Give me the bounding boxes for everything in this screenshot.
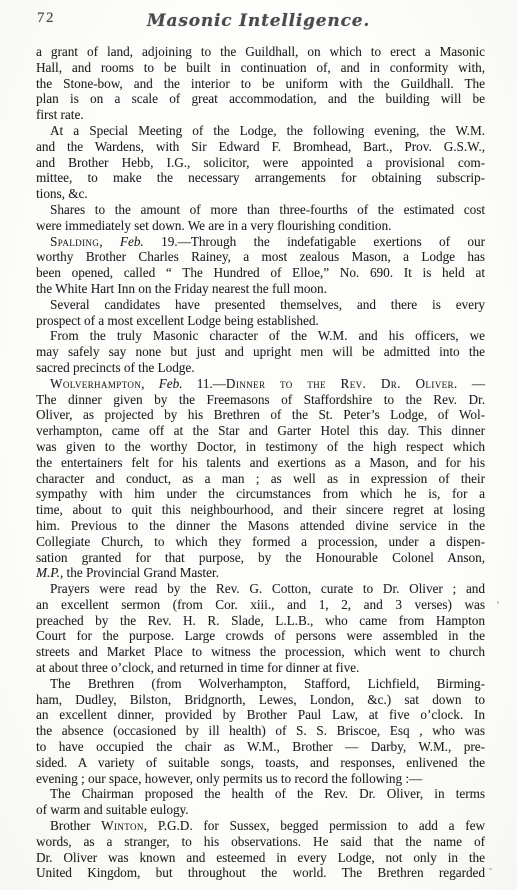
text-line: were immediately set down. We are in a v… (36, 218, 485, 234)
text-run: of warm and suitable eulogy. (36, 802, 189, 817)
text-run: to have occupied the chair as W.M., Brot… (36, 739, 485, 754)
text-run: At a Special Meeting of the Lodge, the f… (50, 123, 485, 138)
text-line: prospect of a most excellent Lodge being… (36, 313, 485, 329)
text-run: Several candidates have presented themse… (50, 297, 485, 312)
text-line: Prayers were read by the Rev. G. Cotton,… (36, 581, 485, 597)
text-line: sacred precincts of the Lodge. (36, 360, 485, 376)
text-line: to have occupied the chair as W.M., Brot… (36, 739, 485, 755)
text-run: plan is on a scale of great accommodatio… (36, 91, 485, 106)
text-line: At a Special Meeting of the Lodge, the f… (36, 123, 485, 139)
text-line: Shares to the amount of more than three-… (36, 202, 485, 218)
text-run: Prayers were read by the Rev. G. Cotton,… (50, 581, 485, 596)
text-run: at about three o’clock, and returned in … (36, 660, 359, 675)
text-run: him. Previous to the dinner the Masons a… (36, 518, 485, 533)
text-line: first rate. (36, 107, 485, 123)
text-line: character and conduct, as a man ; as wel… (36, 471, 485, 487)
text-run: Collegiate Church, to which they formed … (36, 534, 485, 549)
text-line: worthy Brother Charles Rainey, a most ze… (36, 249, 485, 265)
text-line: may safely say none but just and upright… (36, 344, 485, 360)
text-run: were immediately set down. We are in a v… (36, 218, 391, 233)
text-line: Hall, and rooms to be built in continuat… (36, 60, 485, 76)
text-run: 19.—Through the indefatigable exertions … (144, 234, 485, 249)
text-line: a grant of land, adjoining to the Guildh… (36, 44, 485, 60)
text-line: him. Previous to the dinner the Masons a… (36, 518, 485, 534)
text-run: the White Hart Inn on the Friday nearest… (36, 281, 327, 296)
text-run: sacred precincts of the Lodge. (36, 360, 195, 375)
text-column: a grant of land, adjoining to the Guildh… (36, 44, 485, 881)
text-run: Feb. (120, 234, 144, 249)
running-title: Masonic Intelligence. (0, 11, 517, 31)
text-line: From the truly Masonic character of the … (36, 328, 485, 344)
text-run: the entertainers felt for his talents an… (36, 455, 485, 470)
text-line: evening ; our space, however, only permi… (36, 771, 485, 787)
text-run: an excellent dinner, provided by Brother… (36, 707, 485, 722)
text-line: Wolverhampton, Feb. 11.—Dinner to the Re… (36, 376, 485, 392)
text-run: the absence (occasioned by ill health) o… (36, 723, 485, 738)
text-run: Wolverhampton (50, 376, 141, 391)
text-run: The Chairman proposed the health of the … (50, 786, 485, 801)
text-run: Oliver, as projected by his Brethren of … (36, 407, 485, 422)
text-run: The Brethren (from Wolverhampton, Staffo… (50, 676, 485, 691)
text-line: the entertainers felt for his talents an… (36, 455, 485, 471)
text-line: Collegiate Church, to which they formed … (36, 534, 485, 550)
text-run: Brother (50, 818, 101, 833)
text-line: The Brethren (from Wolverhampton, Staffo… (36, 676, 485, 692)
text-line: Oliver, as projected by his Brethren of … (36, 407, 485, 423)
text-run: the Stone-bow, and the interior to be un… (36, 76, 485, 91)
text-line: and the Wardens, with Sir Edward F. Brom… (36, 139, 485, 155)
text-line: the White Hart Inn on the Friday nearest… (36, 281, 485, 297)
text-run: tions, &c. (36, 186, 88, 201)
text-line: Spalding, Feb. 19.—Through the indefatig… (36, 234, 485, 250)
text-line: plan is on a scale of great accommodatio… (36, 91, 485, 107)
text-run: prospect of a most excellent Lodge being… (36, 313, 319, 328)
text-line: an excellent dinner, provided by Brother… (36, 707, 485, 723)
text-run: preached by the Rev. H. R. Slade, L.L.B.… (36, 613, 485, 628)
text-line: words, as a stranger, to his observation… (36, 834, 485, 850)
text-line: ham, Dudley, Bilston, Bridgnorth, Lewes,… (36, 692, 485, 708)
text-run: Winton (101, 818, 144, 833)
text-line: at about three o’clock, and returned in … (36, 660, 485, 676)
text-line: United Kingdom, but throughout the world… (36, 865, 485, 881)
text-line: M.P., the Provincial Grand Master. (36, 565, 485, 581)
text-line: sided. A variety of suitable songs, toas… (36, 755, 485, 771)
text-line: The dinner given by the Freemasons of St… (36, 392, 485, 408)
text-line: tions, &c. (36, 186, 485, 202)
text-run: 11.— (183, 376, 226, 391)
text-run: ham, Dudley, Bilston, Bridgnorth, Lewes,… (36, 692, 485, 707)
text-run: The dinner given by the Freemasons of St… (36, 392, 485, 407)
text-line: Dr. Oliver was known and esteemed in eve… (36, 850, 485, 866)
text-run: and the Wardens, with Sir Edward F. Brom… (36, 139, 485, 154)
text-run: Dinner to the Rev. Dr. Oliver. (226, 376, 458, 391)
text-line: been opened, called “ The Hundred of Ell… (36, 265, 485, 281)
text-line: Brother Winton, P.G.D. for Sussex, begge… (36, 818, 485, 834)
text-line: time, about to quit this neighbourhood, … (36, 502, 485, 518)
text-run: M.P. (36, 565, 60, 580)
text-line: Several candidates have presented themse… (36, 297, 485, 313)
text-run: may safely say none but just and upright… (36, 344, 485, 359)
text-run: worthy Brother Charles Rainey, a most ze… (36, 249, 485, 264)
text-run: streets and Market Place to witness the … (36, 644, 485, 659)
text-line: an excellent sermon (from Cor. xiii., an… (36, 597, 485, 613)
text-line: preached by the Rev. H. R. Slade, L.L.B.… (36, 613, 485, 629)
text-run: sation granted for that purpose, by the … (36, 550, 485, 565)
text-line: was given to the worthy Doctor, in testi… (36, 439, 485, 455)
text-run: evening ; our space, however, only permi… (36, 771, 422, 786)
text-run: , P.G.D. for Sussex, begged permission t… (144, 818, 485, 833)
text-run: an excellent sermon (from Cor. xiii., an… (36, 597, 485, 612)
text-line: and Brother Hebb, I.G., solicitor, were … (36, 155, 485, 171)
scan-speck-icon (497, 601, 499, 604)
text-run: character and conduct, as a man ; as wel… (36, 471, 485, 486)
text-line: of warm and suitable eulogy. (36, 802, 485, 818)
text-run: and Brother Hebb, I.G., solicitor, were … (36, 155, 485, 170)
text-run: Hall, and rooms to be built in continuat… (36, 60, 485, 75)
text-run: , (99, 234, 120, 249)
text-line: sympathy with him under the circumstance… (36, 486, 485, 502)
text-run: been opened, called “ The Hundred of Ell… (36, 265, 485, 280)
text-line: streets and Market Place to witness the … (36, 644, 485, 660)
text-run: first rate. (36, 107, 84, 122)
text-line: Court for the purpose. Large crowds of p… (36, 628, 485, 644)
text-run: Court for the purpose. Large crowds of p… (36, 628, 485, 643)
text-run: Dr. Oliver was known and esteemed in eve… (36, 850, 485, 865)
text-run: , (141, 376, 159, 391)
text-run: Feb. (159, 376, 183, 391)
scan-speck-icon (489, 868, 492, 870)
text-run: sided. A variety of suitable songs, toas… (36, 755, 485, 770)
text-run: sympathy with him under the circumstance… (36, 486, 485, 501)
text-run: words, as a stranger, to his observation… (36, 834, 485, 849)
text-run: verhampton, came off at the Star and Gar… (36, 423, 485, 438)
document-page: 72 Masonic Intelligence. a grant of land… (0, 0, 517, 890)
text-line: the Stone-bow, and the interior to be un… (36, 76, 485, 92)
text-run: — (458, 376, 485, 391)
text-line: verhampton, came off at the Star and Gar… (36, 423, 485, 439)
text-run: United Kingdom, but throughout the world… (36, 865, 485, 880)
text-run: was given to the worthy Doctor, in testi… (36, 439, 485, 454)
text-line: mittee, to make the necessary arrangemen… (36, 170, 485, 186)
text-run: a grant of land, adjoining to the Guildh… (36, 44, 485, 59)
text-run: Shares to the amount of more than three-… (50, 202, 485, 217)
text-line: sation granted for that purpose, by the … (36, 550, 485, 566)
text-line: The Chairman proposed the health of the … (36, 786, 485, 802)
text-run: time, about to quit this neighbourhood, … (36, 502, 485, 517)
text-run: mittee, to make the necessary arrangemen… (36, 170, 485, 185)
text-run: , the Provincial Grand Master. (60, 565, 219, 580)
text-line: the absence (occasioned by ill health) o… (36, 723, 485, 739)
text-run: From the truly Masonic character of the … (50, 328, 485, 343)
text-run: Spalding (50, 234, 99, 249)
